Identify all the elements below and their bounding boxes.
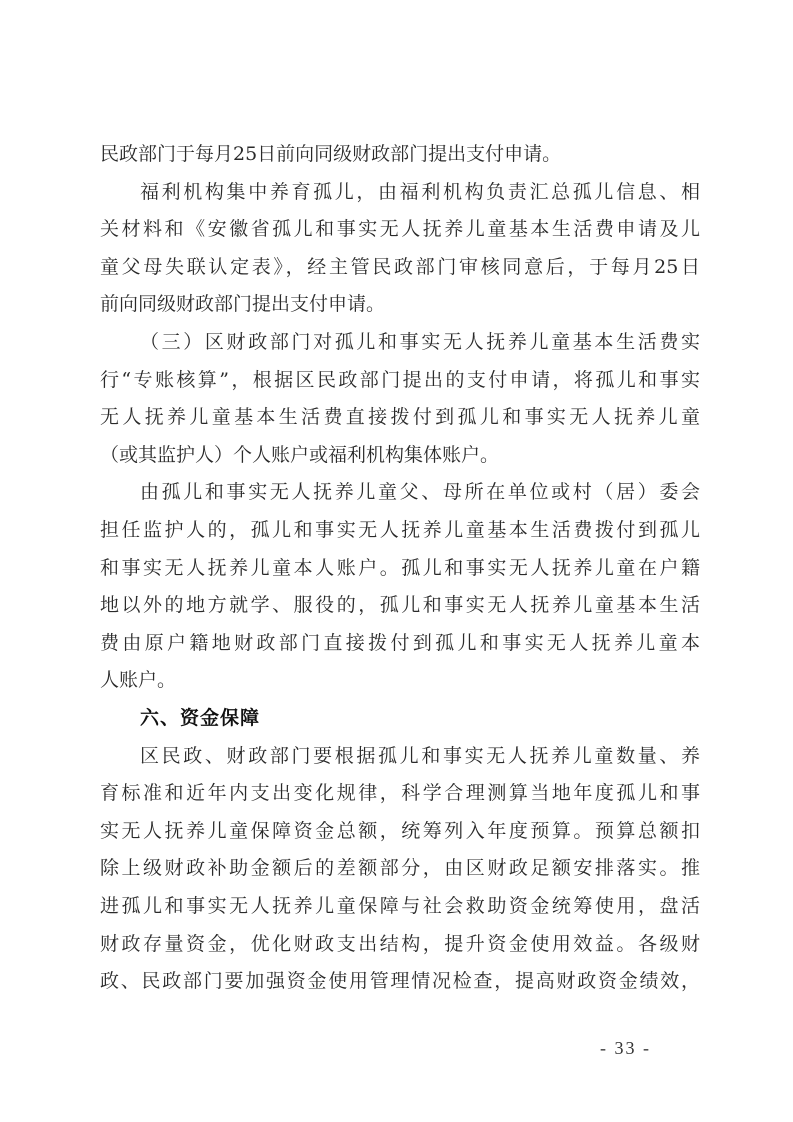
text-line: 地以外的地方就学、服役的，孤儿和事实无人抚养儿童基本生活 (100, 587, 700, 623)
text-line: 民政部门于每月25日前向同级财政部门提出支付申请。 (100, 136, 700, 172)
document-page: 民政部门于每月25日前向同级财政部门提出支付申请。福利机构集中养育孤儿，由福利机… (0, 0, 793, 1122)
text-line: 进孤儿和事实无人抚养儿童保障与社会救助资金统筹使用，盘活 (100, 888, 700, 924)
text-line: 关材料和《安徽省孤儿和事实无人抚养儿童基本生活费申请及儿 (100, 211, 700, 247)
text-line: 区民政、财政部门要根据孤儿和事实无人抚养儿童数量、养 (140, 738, 700, 774)
text-line: （三）区财政部门对孤儿和事实无人抚养儿童基本生活费实 (140, 324, 700, 360)
text-line: 童父母失联认定表》，经主管民政部门审核同意后，于每月25日 (100, 249, 700, 285)
text-line: 由孤儿和事实无人抚养儿童父、母所在单位或村（居）委会 (140, 474, 700, 510)
text-line: 和事实无人抚养儿童本人账户。孤儿和事实无人抚养儿童在户籍 (100, 550, 700, 586)
text-line: 政、民政部门要加强资金使用管理情况检查，提高财政资金绩效， (100, 963, 700, 999)
text-line: 育标准和近年内支出变化规律，科学合理测算当地年度孤儿和事 (100, 775, 700, 811)
text-line: 行“专账核算”，根据区民政部门提出的支付申请，将孤儿和事实 (100, 362, 700, 398)
text-line: 除上级财政补助金额后的差额部分，由区财政足额安排落实。推 (100, 850, 700, 886)
text-line: 无人抚养儿童基本生活费直接拨付到孤儿和事实无人抚养儿童 (100, 399, 700, 435)
text-line: 人账户。 (100, 662, 700, 698)
text-line: 福利机构集中养育孤儿，由福利机构负责汇总孤儿信息、相 (140, 174, 700, 210)
text-line: 前向同级财政部门提出支付申请。 (100, 286, 700, 322)
text-line: 财政存量资金，优化财政支出结构，提升资金使用效益。各级财 (100, 926, 700, 962)
text-line: 实无人抚养儿童保障资金总额，统筹列入年度预算。预算总额扣 (100, 813, 700, 849)
text-line: （或其监护人）个人账户或福利机构集体账户。 (100, 437, 700, 473)
text-line: 担任监护人的，孤儿和事实无人抚养儿童基本生活费拨付到孤儿 (100, 512, 700, 548)
text-line: 费由原户籍地财政部门直接拨付到孤儿和事实无人抚养儿童本 (100, 625, 700, 661)
section-heading: 六、资金保障 (140, 700, 700, 736)
page-number: - 33 - (600, 1038, 651, 1059)
